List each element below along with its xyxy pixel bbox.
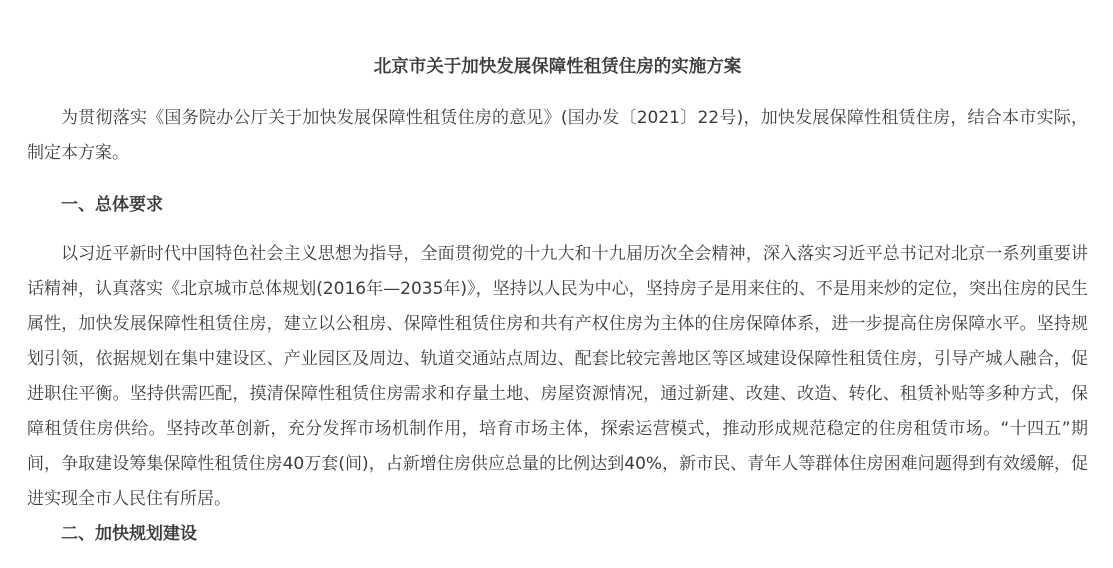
document-page: 北京市关于加快发展保障性租赁住房的实施方案 为贯彻落实《国务院办公厅关于加快发展… — [0, 0, 1113, 568]
section-heading-overall-requirements: 一、总体要求 — [27, 188, 1088, 223]
paragraph-preamble: 为贯彻落实《国务院办公厅关于加快发展保障性租赁住房的意见》(国办发〔2021〕2… — [27, 101, 1088, 171]
section-heading-accelerate-planning-construction: 二、加快规划建设 — [27, 517, 1088, 552]
paragraph-overall-requirements: 以习近平新时代中国特色社会主义思想为指导，全面贯彻党的十九大和十九届历次全会精神… — [27, 237, 1088, 517]
document-title: 北京市关于加快发展保障性租赁住房的实施方案 — [27, 50, 1088, 85]
